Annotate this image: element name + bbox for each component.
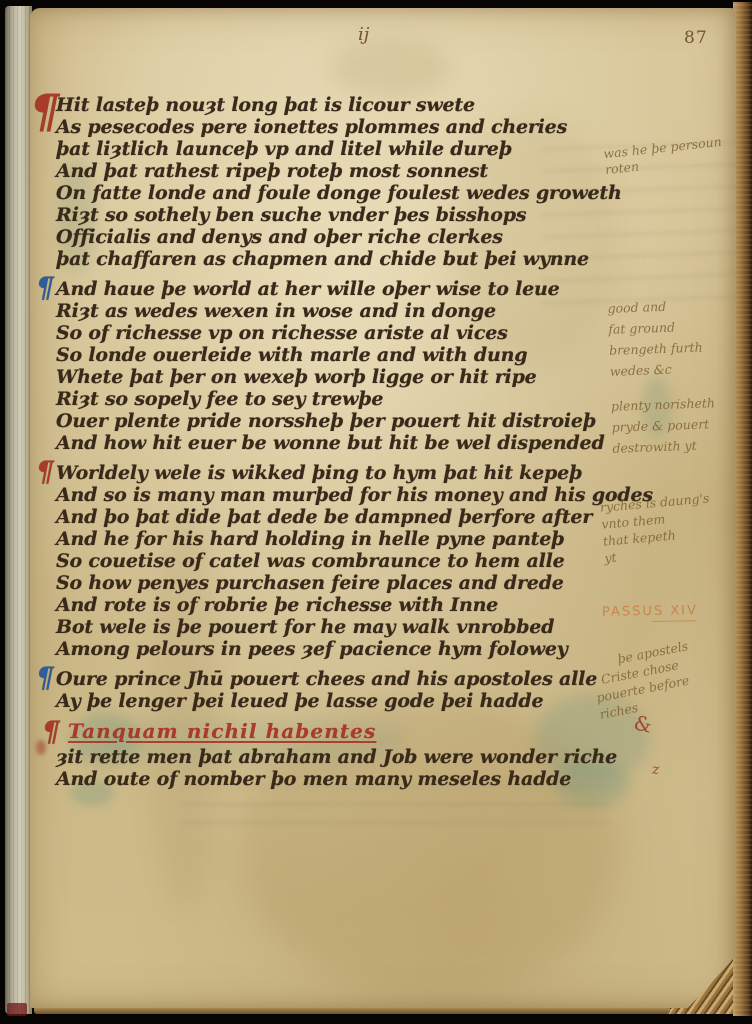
paragraph: ¶Tanquam nichil habentes [68, 720, 676, 742]
manuscript-photo: ij 87 ¶Hit lasteþ nouȝt long þat is lico… [0, 0, 752, 1024]
text-line: Hit lasteþ nouȝt long þat is licour swet… [56, 94, 676, 116]
text-line: As pesecodes pere ionettes plommes and c… [56, 116, 676, 138]
text-line: On fatte londe and foule donge foulest w… [56, 182, 676, 204]
text-line: And þo þat dide þat dede be dampned þerf… [56, 506, 676, 528]
text-line: Officialis and denys and oþer riche cler… [56, 226, 676, 248]
rubric-line: Tanquam nichil habentes [68, 720, 676, 742]
text-line: Whete þat þer on wexeþ worþ ligge or hit… [56, 366, 676, 388]
text-line: Bot wele is þe pouert for he may walk vn… [56, 616, 676, 638]
text-line: Riȝt so sothely ben suche vnder þes biss… [56, 204, 676, 226]
text-line: So how penyes purchasen feire places and… [56, 572, 676, 594]
folio-number: 87 [684, 28, 708, 48]
text-line: And þat rathest ripeþ roteþ most sonnest [56, 160, 676, 182]
red-ink-smudge [36, 740, 46, 755]
paraph-mark-red: ¶ [30, 88, 59, 134]
text-line: þat chaffaren as chapmen and chide but þ… [56, 248, 676, 270]
text-line: Ouer plente pride norssheþ þer pouert hi… [56, 410, 676, 432]
manuscript-text-block: ¶Hit lasteþ nouȝt long þat is licour swe… [56, 94, 676, 798]
quire-signature: ij [358, 24, 369, 45]
text-line: Among pelours in pees ȝef pacience hym f… [56, 638, 676, 660]
text-line: Ay þe lenger þei leued þe lasse gode þei… [56, 690, 676, 712]
paragraph: ¶Oure prince Jhū pouert chees and his ap… [56, 668, 676, 712]
paragraph: ¶Hit lasteþ nouȝt long þat is licour swe… [56, 94, 676, 270]
paragraph: ȝit rette men þat abraham and Job were w… [56, 746, 676, 790]
parchment-stain [330, 38, 450, 98]
paraph-mark-blue: ¶ [36, 274, 54, 302]
text-line: And haue þe world at her wille oþer wise… [56, 278, 676, 300]
text-line: And so is many man murþed for his money … [56, 484, 676, 506]
text-line: So of richesse vp on richesse ariste al … [56, 322, 676, 344]
paragraph: ¶And haue þe world at her wille oþer wis… [56, 278, 676, 454]
text-line: ȝit rette men þat abraham and Job were w… [56, 746, 676, 768]
paraph-mark-blue: ¶ [36, 664, 54, 692]
text-line: Worldely wele is wikked þing to hym þat … [56, 462, 676, 484]
text-line: And rote is of robrie þe richesse with I… [56, 594, 676, 616]
binding-red-edge [7, 1003, 27, 1016]
text-line: And how hit euer be wonne but hit be wel… [56, 432, 676, 454]
text-line: So londe ouerleide with marle and with d… [56, 344, 676, 366]
text-line: Oure prince Jhū pouert chees and his apo… [56, 668, 676, 690]
binding-gutter-page-edges [5, 6, 32, 1014]
text-line: And he for his hard holding in helle pyn… [56, 528, 676, 550]
paragraph: ¶Worldely wele is wikked þing to hym þat… [56, 462, 676, 660]
paraph-mark-red: ¶ [36, 458, 54, 486]
text-line: Riȝt as wedes wexen in wose and in donge [56, 300, 676, 322]
text-line: So couetise of catel was combraunce to h… [56, 550, 676, 572]
text-line: And oute of nomber þo men many meseles h… [56, 768, 676, 790]
text-line: þat liȝtlich launceþ vp and litel while … [56, 138, 676, 160]
text-line: Riȝt so sopely fee to sey trewþe [56, 388, 676, 410]
